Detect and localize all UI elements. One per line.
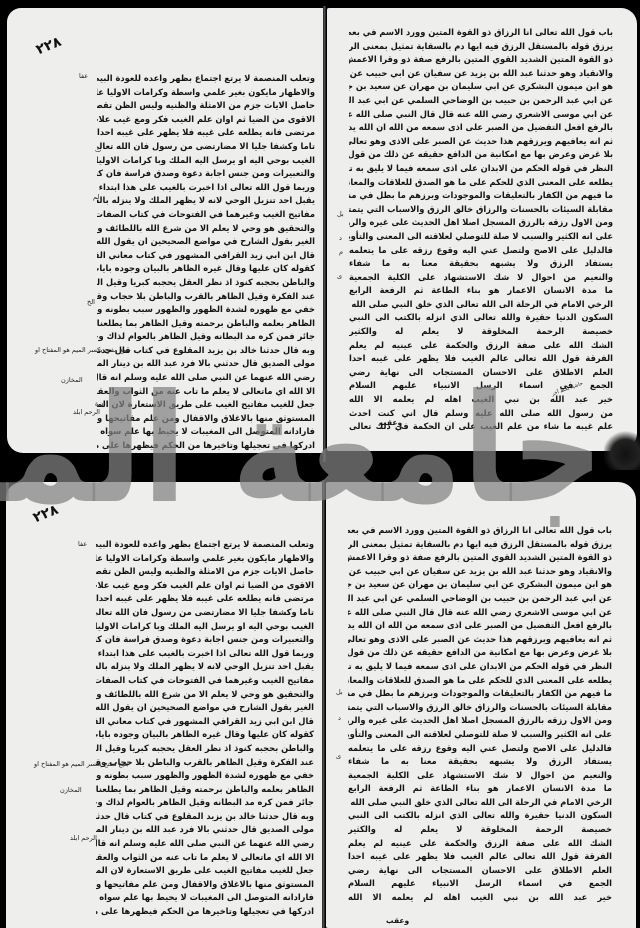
manuscript-spread-top: ٢٢٨ وتعلب المنصمة لا يرتع اجتماع بظهر وا…	[0, 0, 640, 462]
manuscript-line: مقابلة السيئات بالحسنات والرزاق خالق الر…	[349, 202, 613, 216]
catchword: وعقب	[386, 916, 409, 925]
margin-note: د ة	[95, 400, 103, 408]
manuscript-line: مقابلة السيئات بالحسنات والرزاق خالق الر…	[348, 700, 612, 714]
page-number: ٢٢٨	[34, 34, 64, 58]
manuscript-line: ثم انه يعافيهم ويرزقهم هذا حديث عن الصبر…	[349, 134, 613, 148]
manuscript-line: الا الله اي ماتعالى لا يعلم ما تاب عنه م…	[96, 850, 314, 864]
manuscript-line: والانقياد وهو حدثنا عبد الله بن يزيد عن …	[349, 66, 613, 80]
manuscript-line: خصيصة الرحمة المخلوقة لا يعلم له والكثير	[349, 325, 613, 339]
manuscript-line: حاصل الايات جزم من الامثلة والظنيه وليس …	[96, 565, 314, 579]
margin-note: لم	[93, 193, 99, 201]
manuscript-line: ما فيهم من الكفار بالتعليقات والموجودات …	[349, 189, 613, 203]
manuscript-line: عن ابي عبد الرحمن بن حبيب بن الوضاحي الس…	[348, 592, 612, 606]
manuscript-line: بلا غرض وعرض بها مع امكانية من الدافع حق…	[348, 646, 612, 660]
margin-note: عفا	[78, 540, 87, 548]
manuscript-text-block: وتعلب المنصمة لا يرتع اجتماع بظهر واعده …	[96, 538, 314, 919]
manuscript-line: ثم انه يعافيهم ويرزقهم هذا حديث عن الصبر…	[348, 632, 612, 646]
manuscript-line: يقبل احد تنزيل الوحي لانه لا يظهر الملك …	[96, 660, 314, 674]
manuscript-line: خير عبد الله بن نبي الغيب اهله لم يعلمه …	[349, 393, 613, 407]
manuscript-text-block: باب قول الله تعالى انا الرزاق ذو القوة ا…	[348, 524, 612, 905]
manuscript-line: يقبل احد تنزيل الوحي لانه لا يظهر الملك …	[97, 194, 315, 208]
margin-note: جمع مفتح بكسر الميم هو المفتاح او	[35, 346, 131, 354]
manuscript-line: خفي مع ظهوره لشدة الظهور والظهور سبب بطو…	[97, 303, 315, 317]
manuscript-line: السكون الدنيا حقيرة والله تعالى الذي انز…	[349, 311, 613, 325]
manuscript-line: فالدليل على الاصح ولتصل عني اليه وقوع رز…	[348, 741, 612, 755]
manuscript-line: حاصل الايات جزم من الامثلة والظنيه وليس …	[97, 99, 315, 113]
manuscript-line: الغير بقول الشارح في مواضع الصحيحين ان ي…	[97, 235, 315, 249]
margin-note: الرحم ابلد	[70, 834, 97, 842]
manuscript-line: والاظهار مايكون بغير علمي واسطة وكرامات …	[96, 551, 314, 565]
manuscript-line: تاما وكشفا جليا الا مضارتضى من رسول فان …	[97, 140, 315, 154]
manuscript-line: كقوله كان عليها وقال غيره الظاهر بالبيان…	[96, 728, 314, 742]
margin-note: م	[339, 248, 343, 256]
left-page: ٢٢٨ وتعلب المنصمة لا يرتع اجتماع بظهر وا…	[7, 8, 325, 453]
manuscript-line: النظر في قوله الحكم من الابدان على اذى س…	[349, 162, 613, 176]
margin-note: المخازن	[60, 786, 82, 794]
manuscript-line: وتعلب المنصمة لا يرتع اجتماع بظهر واعده …	[97, 72, 315, 86]
manuscript-line: الاقوى من الضيا ثم اوان علم الغيب فكر وم…	[96, 578, 314, 592]
manuscript-line: ادركها في تعجيلها وتاخيرها من الحكم فيظه…	[97, 439, 315, 453]
manuscript-line: والباطن بحجبه كنوذ اذ نظر العقل يحجبه كب…	[97, 276, 315, 290]
manuscript-line: مولى الصديق قال حدثني بالا فرد عبد الله …	[96, 823, 314, 837]
manuscript-line: الشك الله على صفة الرزق والحكمة على عيني…	[348, 836, 612, 850]
manuscript-line: مرتضى فانه يطلعه على غيبه فلا يظهر على غ…	[96, 592, 314, 606]
manuscript-line: يطلعه على المعنى الذي للحكم على ما هو ال…	[349, 175, 613, 189]
manuscript-line: والنعيم من احوال لا شك الاستشهاد على الك…	[349, 270, 613, 284]
margin-note: د	[338, 714, 341, 722]
manuscript-line: مفاتيح الغيب وغيرهما في الفتوحات في كتاب…	[96, 674, 314, 688]
manuscript-line: تاما وكشفا جليا الا مضارتضى من رسول فان …	[96, 606, 314, 620]
margin-note: عفا	[79, 72, 88, 80]
manuscript-line: الشك الله على صفة الرزق والحكمة على عيني…	[349, 338, 613, 352]
manuscript-line: الرخي الامام في الرحلة الى الله تعالى ال…	[349, 298, 613, 312]
margin-note: الخ	[87, 298, 95, 306]
manuscript-line: مفاتيح الغيب وغيرهما في الفتوحات في كتاب…	[97, 208, 315, 222]
manuscript-line: الظاهر بعلمه والباطن برحمته وقيل الظاهر …	[96, 782, 314, 796]
manuscript-line: الفرقة قول الله تعالى عالم الغيب فلا يظه…	[349, 352, 613, 366]
manuscript-line: ما مدة الانسان الاعمار هو بناء الطاعة ثم…	[349, 284, 613, 298]
manuscript-line: الرخي الامام في الرحلة الى الله تعالى ال…	[348, 796, 612, 810]
manuscript-line: خفي مع ظهوره لشدة الظهور والظهور سبب بطو…	[96, 769, 314, 783]
manuscript-line: بالرفع افعل التفضيل من الصبر على اذى سمع…	[348, 619, 612, 633]
manuscript-line: جائر فمن كره مد البطانه وقيل الظاهر بالع…	[96, 796, 314, 810]
right-page: باب قول الله تعالى انا الرزاق ذو القوة ا…	[326, 482, 636, 928]
manuscript-line: الا الله اي ماتعالى لا يعلم ما تاب عنه م…	[97, 384, 315, 398]
manuscript-line: يرزق قوله بالمستقل الرزق فيه ايها دم بال…	[348, 537, 612, 551]
manuscript-line: عن ابي موسى الاشعري رضي الله عنه قال قال…	[349, 107, 613, 121]
manuscript-line: مولى الصديق قال حدثني بالا فرد عبد الله …	[97, 357, 315, 371]
manuscript-line: ذو القوة المتين الشديد القوي المتين بالر…	[348, 551, 612, 565]
margin-note: بل	[337, 210, 344, 218]
manuscript-line: باب قول الله تعالى انا الرزاق ذو القوة ا…	[349, 26, 613, 40]
manuscript-line: المستوثق منها بالاغلاق والاقفال ومن علم …	[96, 878, 314, 892]
manuscript-line: الغيب بوحي اليه او يرسل اليه الملك وبا ك…	[96, 619, 314, 633]
manuscript-line: رضي الله عنهما عن النبي صلى الله عليه وس…	[97, 371, 315, 385]
margin-note: ت	[95, 146, 101, 154]
manuscript-line: ادركها في تعجيلها وتاخيرها من الحكم فيظه…	[96, 905, 314, 919]
manuscript-spread-bottom: ٢٢٨ وتعلب المنصمة لا يرتع اجتماع بظهر وا…	[0, 474, 640, 928]
scan-separator-band	[0, 462, 640, 474]
manuscript-line: باب قول الله تعالى انا الرزاق ذو القوة ا…	[348, 524, 612, 538]
margin-note: الرحم ابلد	[73, 408, 100, 416]
manuscript-line: والاظهار مايكون بغير علمي واسطة وكرامات …	[97, 85, 315, 99]
manuscript-line: هو ابن ميمون البشكري عن ابي سليمان بن مه…	[349, 80, 613, 94]
manuscript-text-block: باب قول الله تعالى انا الرزاق ذو القوة ا…	[349, 26, 613, 434]
manuscript-line: يطلعه على المعنى الذي للحكم على ما هو ال…	[348, 673, 612, 687]
manuscript-line: وبه قال حدثنا خالد بن يزيد المقلوع في كت…	[96, 810, 314, 824]
manuscript-line: عند الفكرة وقيل الظاهر بالقرب والباطن بل…	[97, 289, 315, 303]
manuscript-line: على انه الكثير والسبب لا صلة للتوصلي لعل…	[348, 728, 612, 742]
manuscript-line: الغيب بوحي اليه او يرسل اليه الملك وبا ك…	[97, 153, 315, 167]
manuscript-line: العلم الاطلاق على الاحسان المستجاب الى ن…	[348, 864, 612, 878]
manuscript-line: والتحقيق هو وحي لا يعلم الا من شرع الله …	[96, 687, 314, 701]
manuscript-text-block: وتعلب المنصمة لا يرتع اجتماع بظهر واعده …	[97, 72, 315, 453]
manuscript-line: المستوثق منها بالاغلاق والاقفال ومن علم …	[97, 412, 315, 426]
manuscript-line: الاقوى من الضيا ثم اوان علم الغيب فكر وم…	[97, 112, 315, 126]
manuscript-line: خصيصة الرحمة المخلوقة لا يعلم له والكثير	[348, 823, 612, 837]
manuscript-line: الجمع في اسماء الرسل الانبياء عليهم السل…	[348, 877, 612, 891]
manuscript-line: عن ابي عبد الرحمن بن حبيب بن الوضاحي الس…	[349, 94, 613, 108]
book-gutter	[322, 480, 325, 928]
manuscript-line: والانقياد وهو حدثنا عبد الله بن يزيد عن …	[348, 564, 612, 578]
manuscript-line: والتعبيرات ومن جنس اجابة دعوة وصدق فراسة…	[96, 633, 314, 647]
book-gutter	[323, 6, 326, 462]
margin-note: بل	[336, 688, 343, 696]
manuscript-line: فارادانه المتوصل الى المغيبات لا يحيط به…	[97, 425, 315, 439]
manuscript-line: ما فيهم من الكفار بالتعليقات والموجودات …	[348, 687, 612, 701]
manuscript-line: وربما قول الله تعالى اذا اخبرت بالغيب عل…	[96, 646, 314, 660]
manuscript-line: الظاهر بعلمه والباطن برحمته وقيل الظاهر …	[97, 316, 315, 330]
manuscript-line: جائر فمن كره مد البطانه وقيل الظاهر بالع…	[97, 330, 315, 344]
manuscript-line: كقوله كان عليها وقال غيره الظاهر بالبيان…	[97, 262, 315, 276]
right-page: باب قول الله تعالى انا الرزاق ذو القوة ا…	[327, 8, 637, 451]
manuscript-line: فالدليل على الاصح ولتصل عني اليه وقوع رز…	[349, 243, 613, 257]
margin-note: ى	[337, 272, 342, 280]
manuscript-line: وتعلب المنصمة لا يرتع اجتماع بظهر واعده …	[96, 538, 314, 552]
thumb-shadow	[604, 430, 640, 470]
manuscript-line: ومن الاول رزقه بالرزق المسجل اصلا اهل ال…	[349, 216, 613, 230]
manuscript-line: رضي الله عنهما عن النبي صلى الله عليه وس…	[96, 837, 314, 851]
manuscript-line: يستفاد الرزق ولا يشبهه بحقيقة معنا به ما…	[349, 257, 613, 271]
manuscript-line: على انه الكثير والسبب لا صلة للتوصلي لعل…	[349, 230, 613, 244]
margin-note: ى	[336, 752, 341, 760]
manuscript-line: ومن الاول رزقه بالرزق المسجل اصلا اهل ال…	[348, 714, 612, 728]
manuscript-line: العلم الاطلاق على الاحسان المستجاب الى ن…	[349, 366, 613, 380]
left-page: ٢٢٨ وتعلب المنصمة لا يرتع اجتماع بظهر وا…	[6, 482, 324, 928]
manuscript-line: يرزق قوله بالمستقل الرزق فيه ايها دم بال…	[349, 39, 613, 53]
manuscript-line: والنعيم من احوال لا شك الاستشهاد على الك…	[348, 768, 612, 782]
catchword: وعقب	[379, 418, 402, 427]
manuscript-line: وربما قول الله تعالى اذا اخبرت بالغيب عل…	[97, 180, 315, 194]
margin-note: د	[339, 234, 342, 242]
margin-note: المخازن	[61, 376, 83, 384]
manuscript-line: والتحقيق هو وحي لا يعلم الا من شرع الله …	[97, 221, 315, 235]
manuscript-line: عن ابي موسى الاشعري رضي الله عنه قال قال…	[348, 605, 612, 619]
manuscript-line: فارادانه المتوصل الى المغيبات لا يحيط به…	[96, 891, 314, 905]
page-number: ٢٢٨	[31, 502, 61, 526]
manuscript-line: هو ابن ميمون البشكري عن ابي سليمان بن مه…	[348, 578, 612, 592]
manuscript-line: السكون الدنيا حقيرة والله تعالى الذي انز…	[348, 809, 612, 823]
manuscript-line: ما مدة الانسان الاعمار هو بناء الطاعة ثم…	[348, 782, 612, 796]
manuscript-line: النظر في قوله الحكم من الابدان على اذى س…	[348, 660, 612, 674]
manuscript-line: جعل للغيب مفاتيح الغيب على طريق الاستعار…	[97, 398, 315, 412]
manuscript-line: قال ابن ابي زيد القرافي المشهور في كتاب …	[97, 248, 315, 262]
manuscript-line: والباطن بحجبه كنوذ اذ نظر العقل يحجبه كب…	[96, 742, 314, 756]
manuscript-line: مرتضى فانه يطلعه على غيبه فلا يظهر على غ…	[97, 126, 315, 140]
manuscript-line: يستفاد الرزق ولا يشبهه بحقيقة معنا به ما…	[348, 755, 612, 769]
manuscript-line: بلا غرض وعرض بها مع امكانية من الدافع حق…	[349, 148, 613, 162]
manuscript-line: قال ابن ابي زيد القرافي المشهور في كتاب …	[96, 714, 314, 728]
manuscript-line: خير عبد الله بن نبي الغيب اهله لم يعلمه …	[348, 891, 612, 905]
manuscript-line: بالرفع افعل التفضيل من الصبر على اذى سمع…	[349, 121, 613, 135]
manuscript-line: والتعبيرات ومن جنس اجابة دعوة وصدق فراسة…	[97, 167, 315, 181]
manuscript-line: جعل للغيب مفاتيح الغيب على طريق الاستعار…	[96, 864, 314, 878]
margin-note: جمع مفتح بكسر الميم هو المفتاح او	[34, 760, 130, 768]
manuscript-line: ذو القوة المتين الشديد القوي المتين بالر…	[349, 53, 613, 67]
manuscript-line: الغير بقول الشارح في مواضع الصحيحين ان ي…	[96, 701, 314, 715]
manuscript-line: الفرقة قول الله تعالى عالم الغيب فلا يظه…	[348, 850, 612, 864]
